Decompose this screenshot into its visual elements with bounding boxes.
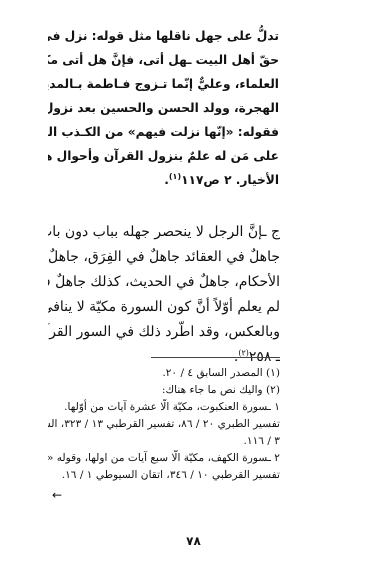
footnote-separator [151, 357, 280, 358]
continue-arrow-icon[interactable]: ← [52, 488, 62, 502]
footnote-line: ٢ ـسورة الكهف، مكيّة الّا سبع آيات من او… [48, 450, 280, 467]
page-number: ٧٨ [0, 534, 387, 548]
footnote-1: (١) المصدر السابق ٤ / ٢٠. [48, 365, 280, 382]
text-line-last: الأخيار. ٢ ص١١٧(١). [48, 168, 279, 192]
citation-text: الأخيار. ٢ ص١١٧ [181, 173, 279, 187]
text-line: جاهلٌ في العقائد جاهلٌ في الفِرَق، جاهلٌ… [48, 245, 280, 270]
footnote-line: ١ ـسورة العنكبوت، مكيّة الّا عشرة آيات م… [48, 399, 280, 416]
footnote-line: تفسير الطبري ٢٠ / ٨٦، تفسير القرطبي ١٣ /… [48, 416, 280, 433]
quoted-paragraph: تدلُّ على جهل ناقلها مثل قوله: نزل في حق… [48, 24, 279, 192]
response-paragraph: ج ـإنَّ الرجل لا ينحصر جهله بباب دون باب… [48, 220, 280, 370]
text-line: وبالعكس، وقد اطّرد ذلك في السور القرآنية… [48, 320, 280, 345]
text-line: العلماء، وعليٌّ إنّما تـزوج فـاطمة بـالم… [48, 72, 279, 96]
text-line: تدلُّ على جهل ناقلها مثل قوله: نزل في حق… [48, 24, 279, 48]
text-line: فقوله: «إنّها نزلت فيهم» من الكـذب الذي … [48, 120, 279, 144]
book-page: تدلُّ على جهل ناقلها مثل قوله: نزل في حق… [0, 0, 387, 572]
footnotes: (١) المصدر السابق ٤ / ٢٠. (٢) واليك نص م… [48, 365, 280, 484]
text-line: الأحكام، جاهلٌ في الحديث، كذلك جاهلٌ في … [48, 270, 280, 295]
footnote-line: ٣ / ١١٦. [48, 433, 280, 450]
text-line: على مَن له علمٌ بنزول القرآن وأحوال هذه … [48, 144, 279, 168]
text-line: ج ـإنَّ الرجل لا ينحصر جهله بباب دون باب… [48, 220, 280, 245]
text-line: الهجرة، وولد الحسن والحسين بعد نزول هل أ… [48, 96, 279, 120]
text-line: لم يعلم أوّلاً أنَّ كون السورة مكيّة لا … [48, 295, 280, 320]
footnote-line: تفسير القرطبي ١٠ / ٣٤٦، اتقان السيوطي ١ … [48, 467, 280, 484]
text-line: حقّ أهل البيت ـهل أتى، فإنَّ هل أتى مكيَ… [48, 48, 279, 72]
footnote-ref-1[interactable]: (١) [169, 172, 181, 181]
footnote-2: (٢) واليك نص ما جاء هناك: [48, 382, 280, 399]
footnote-ref-2[interactable]: (٢) [238, 348, 249, 357]
